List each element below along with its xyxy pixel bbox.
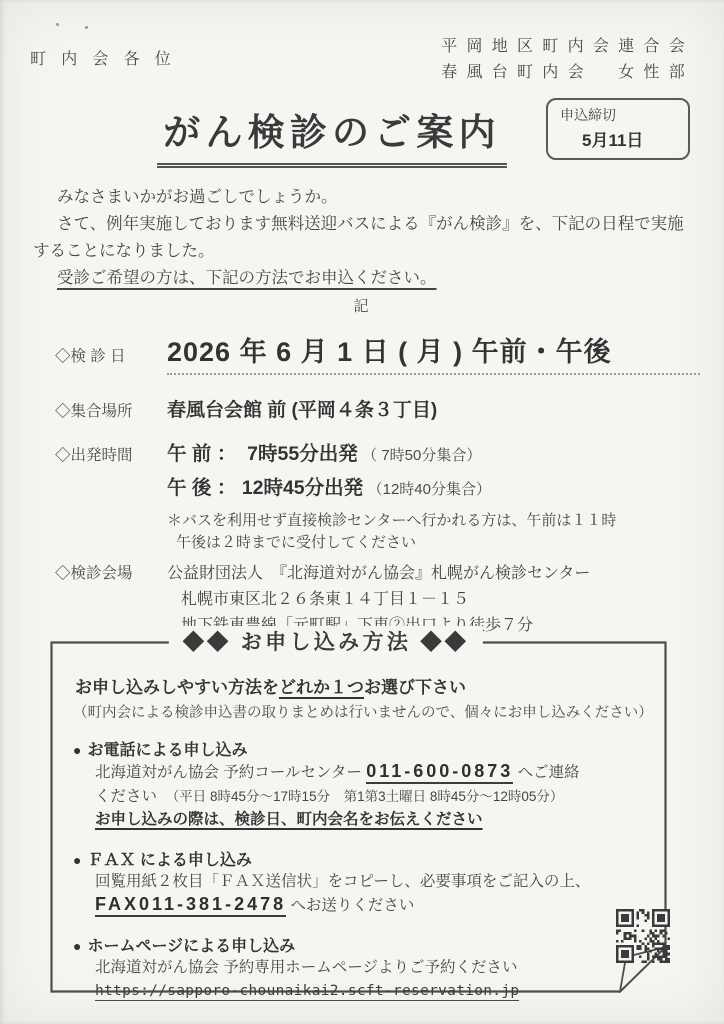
title-block: がん検診のご案内 申込締切 5月11日	[0, 96, 724, 176]
departure-pm: 午 後 ： 12時45分出発 （12時40分集合）	[167, 472, 616, 506]
web-method-body: 北海道対がん協会 予約専用ホームページよりご予約ください https://sap…	[95, 956, 647, 1004]
intro-line-3: 受診ご希望の方は、下記の方法でお申込ください。	[33, 265, 698, 292]
venue-line-2: 札幌市東区北２６条東１４丁目１－１５	[181, 587, 590, 613]
scan-artifact-dot	[85, 26, 88, 29]
phone-hours: （平日 8時45分～17時15分 第1第3土曜日 8時45分～12時05分）	[173, 789, 564, 804]
detail-row-meeting-place: ◇集合場所 春風台会館 前 (平岡４条３丁目)	[0, 395, 724, 422]
choose-method-line: お申し込みしやすい方法をどれか１つお選び下さい	[75, 673, 647, 698]
fax-line-1: 回覧用紙２枚目「ＦＡＸ送信状」をコピーし、必要事項をご記入の上、	[95, 870, 647, 894]
departure-value: 午 前 ： 7時55分出発 （ 7時50分集合） 午 後 ： 12時45分出発 …	[167, 438, 616, 554]
detail-row-departure: ◇出発時間 午 前 ： 7時55分出発 （ 7時50分集合） 午 後 ： 12時…	[0, 438, 724, 554]
sender-block: 平岡地区町内会連合会 春風台町内会 女性部	[441, 34, 694, 86]
sender-org1: 平岡地区町内会連合会	[441, 34, 694, 60]
ki-marker: 記	[0, 295, 724, 316]
scanned-flyer-page: 町内会各位 平岡地区町内会連合会 春風台町内会 女性部 がん検診のご案内 申込締…	[0, 0, 724, 1024]
web-method: ●ホームページによる申し込み 北海道対がん協会 予約専用ホームページよりご予約く…	[73, 933, 647, 1004]
header: 町内会各位 平岡地区町内会連合会 春風台町内会 女性部	[30, 34, 694, 86]
application-box-content: お申し込みしやすい方法をどれか１つお選び下さい （町内会による検診申込書の取りま…	[50, 641, 667, 1004]
phone-line-1: 北海道対がん協会 予約コールセンター 011-600-0873 へご連絡	[95, 760, 647, 785]
deadline-date: 5月11日	[582, 126, 678, 151]
reservation-url[interactable]: https://sapporo-chounaikai2.scft-reserva…	[95, 983, 519, 1001]
fax-number: FAX011-381-2478	[95, 894, 286, 917]
departure-remark: ＊バスを利用せず直接検診センターへ行かれる方は、午前は１１時 午後は２時までに受…	[167, 510, 616, 554]
phone-method-heading: ●お電話による申し込み	[73, 737, 647, 760]
qr-code	[616, 909, 670, 963]
intro-line-2: さて、例年実施しております無料送迎バスによる『がん検診』を、下記の日程で実施する…	[33, 211, 698, 265]
sender-org2: 春風台町内会 女性部	[441, 60, 694, 86]
phone-line-3: お申し込みの際は、検診日、町内会名をお伝えください	[95, 808, 647, 832]
phone-method-body: 北海道対がん協会 予約コールセンター 011-600-0873 へご連絡 くださ…	[95, 760, 647, 832]
detail-row-exam-date: ◇検 診 日 2026 年 6 月 1 日 ( 月 ) 午前・午後	[0, 330, 724, 375]
fax-method-heading: ●ＦＡＸ による申し込み	[73, 847, 647, 870]
departure-am: 午 前 ： 7時55分出発 （ 7時50分集合）	[167, 438, 616, 472]
fax-line-2: FAX011-381-2478 へお送りください	[95, 893, 647, 918]
fax-method-body: 回覧用紙２枚目「ＦＡＸ送信状」をコピーし、必要事項をご記入の上、 FAX011-…	[95, 870, 647, 918]
bullet-icon: ●	[73, 742, 81, 758]
deadline-box: 申込締切 5月11日	[546, 98, 690, 160]
intro-line-1: みなさまいかがお過ごしでしょうか。	[33, 184, 698, 211]
phone-number: 011-600-0873	[366, 761, 513, 784]
document-title: がん検診のご案内	[157, 96, 506, 168]
deadline-label: 申込締切	[560, 105, 678, 125]
bullet-icon: ●	[73, 852, 81, 868]
bullet-icon: ●	[73, 938, 81, 954]
meeting-place-label: ◇集合場所	[55, 399, 167, 421]
web-line-1: 北海道対がん協会 予約専用ホームページよりご予約ください	[95, 956, 647, 980]
meeting-place-value: 春風台会館 前 (平岡４条３丁目)	[167, 395, 437, 422]
intro-paragraphs: みなさまいかがお過ごしでしょうか。 さて、例年実施しております無料送迎バスによる…	[33, 184, 698, 292]
web-url-line: https://sapporo-chounaikai2.scft-reserva…	[95, 979, 647, 1004]
recipient-line: 町内会各位	[30, 46, 186, 69]
venue-label: ◇検診会場	[55, 561, 167, 583]
departure-label: ◇出発時間	[55, 443, 167, 465]
application-box-title: ◆◆ お申し込み方法 ◆◆	[169, 626, 483, 656]
web-method-heading: ●ホームページによる申し込み	[73, 933, 647, 956]
exam-date-label: ◇検 診 日	[55, 344, 167, 366]
details-list: ◇検 診 日 2026 年 6 月 1 日 ( 月 ) 午前・午後 ◇集合場所 …	[0, 330, 724, 639]
phone-method: ●お電話による申し込み 北海道対がん協会 予約コールセンター 011-600-0…	[73, 737, 647, 832]
exam-date-value: 2026 年 6 月 1 日 ( 月 ) 午前・午後	[167, 330, 700, 375]
choose-method-note: （町内会による検診申込書の取りまとめは行いませんので、個々にお申し込みください）	[73, 701, 647, 722]
fax-method: ●ＦＡＸ による申し込み 回覧用紙２枚目「ＦＡＸ送信状」をコピーし、必要事項をご…	[73, 847, 647, 918]
application-box: ◆◆ お申し込み方法 ◆◆ お申し込みしやすい方法をどれか１つお選び下さい （町…	[50, 641, 667, 993]
scan-artifact-dot	[56, 23, 59, 26]
venue-line-1: 公益財団法人 『北海道対がん協会』札幌がん検診センター	[167, 561, 590, 587]
phone-line-2: ください （平日 8時45分～17時15分 第1第3土曜日 8時45分～12時0…	[95, 785, 647, 809]
